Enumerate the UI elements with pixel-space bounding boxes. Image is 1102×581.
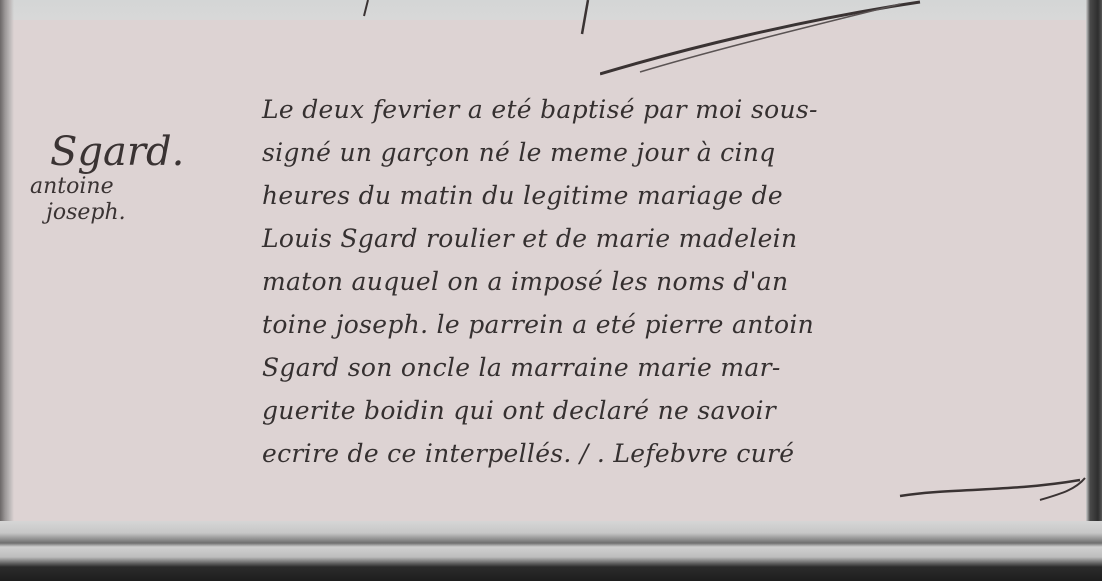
entry-line: Louis Sgard roulier et de marie madelein [262, 217, 1092, 260]
previous-entry-stroke [570, 0, 610, 40]
entry-line: maton auquel on a imposé les noms d'an [262, 260, 1092, 303]
register-page: Sgard. antoine joseph. Le deux fevrier a… [0, 0, 1102, 581]
entry-line: guerite boidin qui ont declaré ne savoir [262, 389, 1092, 432]
entry-line: ecrire de ce interpellés. / . Lefebvre c… [262, 432, 1092, 475]
entry-line: signé un garçon né le meme jour à cinq [262, 131, 1092, 174]
margin-name-note: Sgard. antoine joseph. [30, 130, 210, 226]
page-bottom-edge [0, 521, 1102, 581]
previous-entry-stroke [360, 0, 400, 20]
margin-given-name-1: antoine [30, 174, 210, 200]
baptism-entry-text: Le deux fevrier a eté baptisé par moi so… [262, 88, 1092, 475]
entry-line: heures du matin du legitime mariage de [262, 174, 1092, 217]
previous-entry-flourish [600, 0, 930, 80]
margin-surname: Sgard. [50, 130, 210, 174]
entry-line: Le deux fevrier a eté baptisé par moi so… [262, 88, 1092, 131]
margin-given-name-2: joseph. [46, 200, 210, 226]
signature-flourish [890, 470, 1090, 510]
entry-line: toine joseph. le parrein a eté pierre an… [262, 303, 1092, 346]
entry-line: Sgard son oncle la marraine marie mar- [262, 346, 1092, 389]
page-left-edge [0, 0, 14, 581]
